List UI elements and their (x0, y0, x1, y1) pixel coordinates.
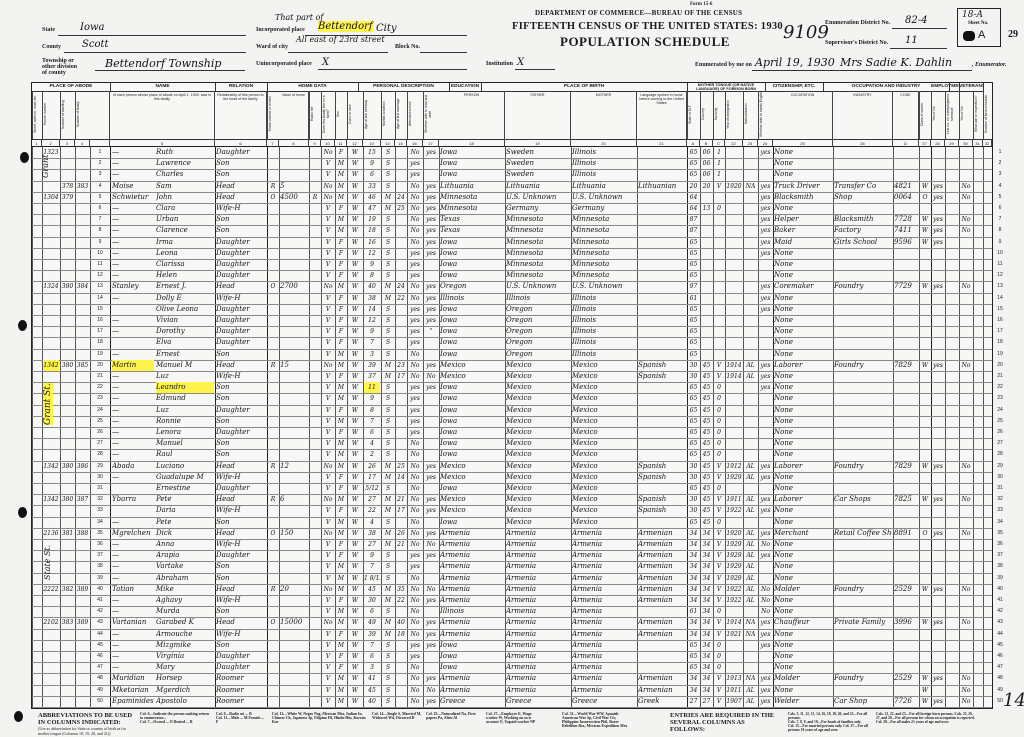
cell-eng (759, 349, 772, 360)
cell-cc: V (714, 528, 724, 539)
cell-sex: F (336, 293, 346, 304)
cell-dwelling (61, 673, 74, 684)
cell-cc (714, 293, 724, 304)
cell-family (76, 405, 89, 416)
cell-father: Armenia (506, 584, 570, 595)
cell-school: No (408, 293, 422, 304)
cell-ind (834, 449, 892, 460)
cell-nat (744, 405, 757, 416)
cell-relation: Head (216, 584, 266, 595)
cell-read: yes (424, 225, 438, 236)
column-number: 2 (42, 139, 60, 147)
cell-lang: Spanish (638, 461, 686, 472)
cell-marital: S (382, 270, 394, 281)
cell-person: Iowa (440, 662, 504, 673)
cell-owned (268, 427, 278, 438)
cell-marital: S (382, 662, 394, 673)
line-number-right: 36 (994, 539, 1006, 550)
cell-afm (396, 517, 406, 528)
cell-age: 15 (364, 147, 380, 158)
cell-sex: M (336, 281, 346, 292)
cell-cc: 0 (714, 640, 724, 651)
cell-value (280, 685, 308, 696)
cell-sex: F (336, 405, 346, 416)
surname: — (112, 595, 154, 606)
cell-value (280, 673, 308, 684)
surname (112, 505, 154, 516)
surname: — (112, 393, 154, 404)
cell-cc (714, 281, 724, 292)
column-number: 9 (309, 139, 321, 147)
cell-farm: V (322, 685, 334, 696)
cell-code (894, 158, 918, 169)
cell-occ: None (774, 158, 832, 169)
cell-nat (744, 427, 757, 438)
enumerator-label: , Enumerator. (972, 62, 1007, 68)
cell-afm (396, 416, 406, 427)
cell-marital: S (382, 416, 394, 427)
cell-relation: Wife-H (216, 293, 266, 304)
cell-cc: V (714, 673, 724, 684)
line-number-right: 43 (994, 617, 1006, 628)
surname: — (112, 315, 154, 326)
cell-code: 7825 (894, 494, 918, 505)
cell-ind: Foundry (834, 584, 892, 595)
line-number-right: 30 (994, 472, 1006, 483)
cell-value (280, 505, 308, 516)
cell-emp (932, 505, 944, 516)
cell-occ: Merchant (774, 528, 832, 539)
cell-ind (834, 326, 892, 337)
cell-school: No (408, 584, 422, 595)
cell-nat: AL (744, 573, 757, 584)
cell-farm: No (322, 181, 334, 192)
cell-father: Greece (506, 696, 570, 707)
cell-person: Armenia (440, 528, 504, 539)
cell-afm (396, 349, 406, 360)
cell-sex: F (336, 539, 346, 550)
cell-radio (310, 449, 320, 460)
cell-read (424, 349, 438, 360)
cell-afm: 24 (396, 192, 406, 203)
cell-school: No (408, 517, 422, 528)
cell-vet: No (960, 281, 972, 292)
cell-relation: Son (216, 640, 266, 651)
cell-vet (960, 427, 972, 438)
cell-code (894, 147, 918, 158)
given-name: Ruth (156, 147, 214, 158)
cell-radio (310, 360, 320, 371)
surname: Stanley (112, 281, 154, 292)
cell-radio (310, 416, 320, 427)
cell-value (280, 696, 308, 707)
cell-owned (268, 550, 278, 561)
cell-eng: yes (759, 685, 772, 696)
cell-mother: Illinois (572, 147, 636, 158)
cell-color: W (348, 349, 362, 360)
column-head-cb: Country (700, 91, 713, 139)
cell-code: 3996 (894, 617, 918, 628)
cell-person: Iowa (440, 304, 504, 315)
cell-marital: M (382, 360, 394, 371)
col6-abbrev: Col. 6—Indicate the person making return… (140, 712, 210, 724)
cell-relation: Daughter (216, 248, 266, 259)
cell-cb: 06 (701, 147, 712, 158)
cell-person: Minnesota (440, 203, 504, 214)
cell-family (76, 158, 89, 169)
cell-radio (310, 472, 320, 483)
line-number: 38 (90, 561, 110, 572)
cell-color: W (348, 539, 362, 550)
cell-dwelling (61, 169, 74, 180)
cell-age: 9 (364, 158, 380, 169)
cell-relation: Daughter (216, 304, 266, 315)
cell-relation: Son (216, 449, 266, 460)
cell-radio (310, 505, 320, 516)
cell-cls (920, 270, 930, 281)
cell-family (76, 248, 89, 259)
line-number-right: 31 (994, 483, 1006, 494)
cell-cc: V (714, 539, 724, 550)
cell-color: W (348, 192, 362, 203)
cell-cc (714, 349, 724, 360)
cell-read: No (424, 371, 438, 382)
given-name: Clarissa (156, 259, 214, 270)
cell-marital: S (382, 651, 394, 662)
cell-eng (759, 449, 772, 460)
cell-house (43, 270, 59, 281)
column-number: 28 (931, 139, 945, 147)
cell-father: Mexico (506, 382, 570, 393)
cell-lang (638, 337, 686, 348)
cell-ca: 87 (688, 214, 699, 225)
cell-code (894, 595, 918, 606)
cell-ind (834, 405, 892, 416)
cell-person: Iowa (440, 517, 504, 528)
cell-house: 1324 (43, 281, 59, 292)
cell-cc: V (714, 573, 724, 584)
given-name: Clarence (156, 225, 214, 236)
column-number: 31 (973, 139, 983, 147)
cell-code (894, 270, 918, 281)
line-number-right: 45 (994, 640, 1006, 651)
cell-radio (310, 629, 320, 640)
cell-emp (932, 382, 944, 393)
cell-ca: 65 (688, 662, 699, 673)
given-name: Sam (156, 181, 214, 192)
cell-code: 7726 (894, 696, 918, 707)
cell-emp (932, 158, 944, 169)
cell-relation: Son (216, 517, 266, 528)
cell-nat (744, 606, 757, 617)
cell-mother: Minnesota (572, 237, 636, 248)
cell-read: yes (424, 147, 438, 158)
cell-color: W (348, 629, 362, 640)
cell-farm: V (322, 225, 334, 236)
column-head-sex: Sex (335, 91, 347, 139)
cell-eng (759, 427, 772, 438)
cell-radio (310, 606, 320, 617)
cell-mother: Minnesota (572, 225, 636, 236)
cell-cb: 34 (701, 573, 712, 584)
cell-person: Iowa (440, 438, 504, 449)
cell-school: No (408, 203, 422, 214)
cell-age: 27 (364, 539, 380, 550)
cell-emp: yes (932, 225, 944, 236)
cell-code (894, 472, 918, 483)
cell-school: No (408, 685, 422, 696)
cell-age: 6 (364, 651, 380, 662)
cell-relation: Son (216, 438, 266, 449)
cell-value: 15000 (280, 617, 308, 628)
cell-emp (932, 438, 944, 449)
cell-afm (396, 685, 406, 696)
cell-family: 384 (76, 281, 89, 292)
cell-age: 17 (364, 472, 380, 483)
cell-mother: Mexico (572, 505, 636, 516)
cell-vet: No (960, 461, 972, 472)
cell-value (280, 449, 308, 460)
cell-farm: V (322, 337, 334, 348)
cell-family (76, 337, 89, 348)
cell-owned (268, 673, 278, 684)
cell-mother: Mexico (572, 360, 636, 371)
cell-eng: yes (759, 528, 772, 539)
cell-radio (310, 584, 320, 595)
cell-age: 9 (364, 393, 380, 404)
cell-dwelling (61, 304, 74, 315)
cell-code: 2529 (894, 584, 918, 595)
cell-cc: 0 (714, 449, 724, 460)
surname: — (112, 651, 154, 662)
line-number-right: 6 (994, 203, 1006, 214)
cell-cc: 0 (714, 203, 724, 214)
cell-code (894, 382, 918, 393)
cell-read: yes (424, 595, 438, 606)
cell-afm (396, 438, 406, 449)
cell-cb: 45 (701, 427, 712, 438)
cell-school: No (408, 629, 422, 640)
cell-mother: Armenia (572, 584, 636, 595)
cell-read (424, 517, 438, 528)
cell-vet (960, 293, 972, 304)
cell-cls (920, 259, 930, 270)
cell-ind (834, 416, 892, 427)
cell-eng: yes (759, 360, 772, 371)
cell-code (894, 337, 918, 348)
cell-emp (932, 483, 944, 494)
cell-code (894, 550, 918, 561)
cell-read (424, 169, 438, 180)
given-name: Mike (156, 584, 214, 595)
col14-abbrev: Col. 14—Single S, Married M, Widowed Wd,… (372, 712, 422, 720)
column-head-emp: Yes or No (931, 91, 945, 139)
cell-mother: Minnesota (572, 270, 636, 281)
cell-emp (932, 203, 944, 214)
cell-owned (268, 651, 278, 662)
cell-ca: 65 (688, 405, 699, 416)
cell-read (424, 393, 438, 404)
cell-occ: None (774, 606, 832, 617)
cell-emp (932, 248, 944, 259)
cell-lang (638, 169, 686, 180)
cell-ind: Private Family (834, 617, 892, 628)
cell-afm (396, 304, 406, 315)
cell-family (76, 416, 89, 427)
cell-person: Armenia (440, 561, 504, 572)
cell-color: W (348, 147, 362, 158)
line-number-right: 16 (994, 315, 1006, 326)
cell-value (280, 158, 308, 169)
cell-cb: 06 (701, 158, 712, 169)
cell-father: Mexico (506, 438, 570, 449)
cell-ind (834, 517, 892, 528)
cell-school: yes (408, 427, 422, 438)
cell-ind (834, 595, 892, 606)
cell-afm (396, 270, 406, 281)
cell-ind (834, 337, 892, 348)
cell-owned: O (268, 192, 278, 203)
cell-occ: None (774, 539, 832, 550)
cell-value (280, 169, 308, 180)
cell-occ: None (774, 662, 832, 673)
cell-age: 11 (364, 382, 380, 393)
cell-value (280, 573, 308, 584)
cell-eng (759, 438, 772, 449)
cell-relation: Wife-H (216, 505, 266, 516)
cell-nat (744, 349, 757, 360)
cell-cb (701, 225, 712, 236)
cell-afm: 22 (396, 293, 406, 304)
column-head-street: Street, avenue, road, etc. (32, 91, 42, 139)
cell-color: W (348, 505, 362, 516)
cell-person: Texas (440, 214, 504, 225)
cell-afm: 21 (396, 494, 406, 505)
cell-marital: S (382, 259, 394, 270)
cell-school: yes (408, 382, 422, 393)
cell-relation: Head (216, 192, 266, 203)
cell-code (894, 573, 918, 584)
cell-cb (701, 315, 712, 326)
cell-age: 6 (364, 169, 380, 180)
cell-occ: None (774, 438, 832, 449)
cell-emp (932, 427, 944, 438)
cell-owned (268, 595, 278, 606)
cell-marital: M (382, 293, 394, 304)
cell-cc: V (714, 371, 724, 382)
line-number-right: 19 (994, 349, 1006, 360)
cell-sex: M (336, 416, 346, 427)
cell-family (76, 169, 89, 180)
cell-value (280, 651, 308, 662)
cell-sex: M (336, 494, 346, 505)
cell-lang (638, 315, 686, 326)
cell-father: Armenia (506, 673, 570, 684)
cell-value: 15 (280, 360, 308, 371)
line-number-right: 29 (994, 461, 1006, 472)
cell-imm (726, 304, 742, 315)
cell-cc: V (714, 360, 724, 371)
cell-age: 19 (364, 214, 380, 225)
cell-color: W (348, 214, 362, 225)
cell-vet (960, 349, 972, 360)
cell-house (43, 315, 59, 326)
column-head-afm: Age at first marriage (395, 91, 407, 139)
cell-farm: V (322, 158, 334, 169)
cell-family (76, 640, 89, 651)
cell-vet: No (960, 360, 972, 371)
surname: Epaminides (112, 696, 154, 707)
cell-lang: Armenian (638, 584, 686, 595)
cell-farm: V (322, 203, 334, 214)
column-number: 13 (363, 139, 381, 147)
cell-mother: Illinois (572, 337, 636, 348)
cell-value (280, 237, 308, 248)
cell-occ: None (774, 203, 832, 214)
cell-owned: O (268, 281, 278, 292)
cell-dwelling (61, 517, 74, 528)
cell-ind (834, 651, 892, 662)
cell-sex: F (336, 651, 346, 662)
cell-dwelling (61, 237, 74, 248)
cell-occ: None (774, 248, 832, 259)
cell-father: Minnesota (506, 259, 570, 270)
cell-age: 7 (364, 416, 380, 427)
cell-relation: Roomer (216, 696, 266, 707)
cell-owned (268, 483, 278, 494)
cell-value (280, 629, 308, 640)
cell-cc: 0 (714, 651, 724, 662)
cell-imm (726, 483, 742, 494)
enumerator-name: Mrs Sadie K. Dahlin (840, 56, 952, 69)
cell-person: Iowa (440, 326, 504, 337)
cell-ca: 65 (688, 416, 699, 427)
cell-ca: 65 (688, 427, 699, 438)
surname: — (112, 539, 154, 550)
cell-afm (396, 483, 406, 494)
cell-marital: S (382, 349, 394, 360)
given-name: Mary (156, 662, 214, 673)
cell-emp (932, 561, 944, 572)
cell-person: Illinois (440, 606, 504, 617)
cell-color: W (348, 203, 362, 214)
cell-dwelling (61, 214, 74, 225)
cell-afm (396, 427, 406, 438)
column-number: 14 (381, 139, 395, 147)
cell-person: Mexico (440, 505, 504, 516)
cell-relation: Son (216, 573, 266, 584)
cell-relation: Wife-H (216, 539, 266, 550)
cell-owned (268, 147, 278, 158)
cell-code (894, 259, 918, 270)
cell-cb: 45 (701, 416, 712, 427)
cell-eng: yes (759, 550, 772, 561)
cell-radio (310, 517, 320, 528)
given-name: Luz (156, 405, 214, 416)
col25-abbrev: Col. 25—Naturalized Na, First papers Pa,… (426, 712, 482, 720)
cell-afm: 17 (396, 505, 406, 516)
cell-ca: 65 (688, 393, 699, 404)
cell-house (43, 651, 59, 662)
cell-marital: S (382, 606, 394, 617)
cell-ca: 87 (688, 225, 699, 236)
cell-radio (310, 539, 320, 550)
cell-imm (726, 270, 742, 281)
column-number: 8 (279, 139, 309, 147)
cell-person: Armenia (440, 595, 504, 606)
cell-imm (726, 662, 742, 673)
cell-ca: 65 (688, 349, 699, 360)
